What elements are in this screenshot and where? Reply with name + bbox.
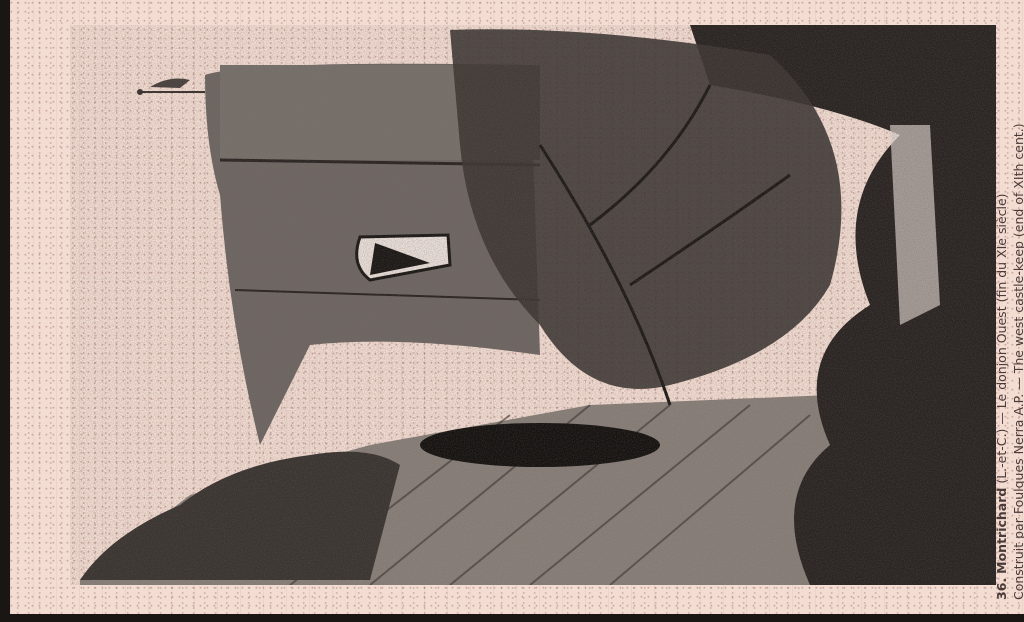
scan-edge — [0, 614, 1024, 622]
caption-line-2: Construit par Foulques Nerra A.P. — The … — [1010, 0, 1024, 600]
postcard: 36. Montrichard (L.-et-C.) — Le donjon O… — [10, 0, 1024, 614]
caption-line-1: 36. Montrichard (L.-et-C.) — Le donjon O… — [993, 0, 1010, 600]
postcard-caption: 36. Montrichard (L.-et-C.) — Le donjon O… — [993, 0, 1024, 600]
keep-photograph — [70, 25, 996, 585]
